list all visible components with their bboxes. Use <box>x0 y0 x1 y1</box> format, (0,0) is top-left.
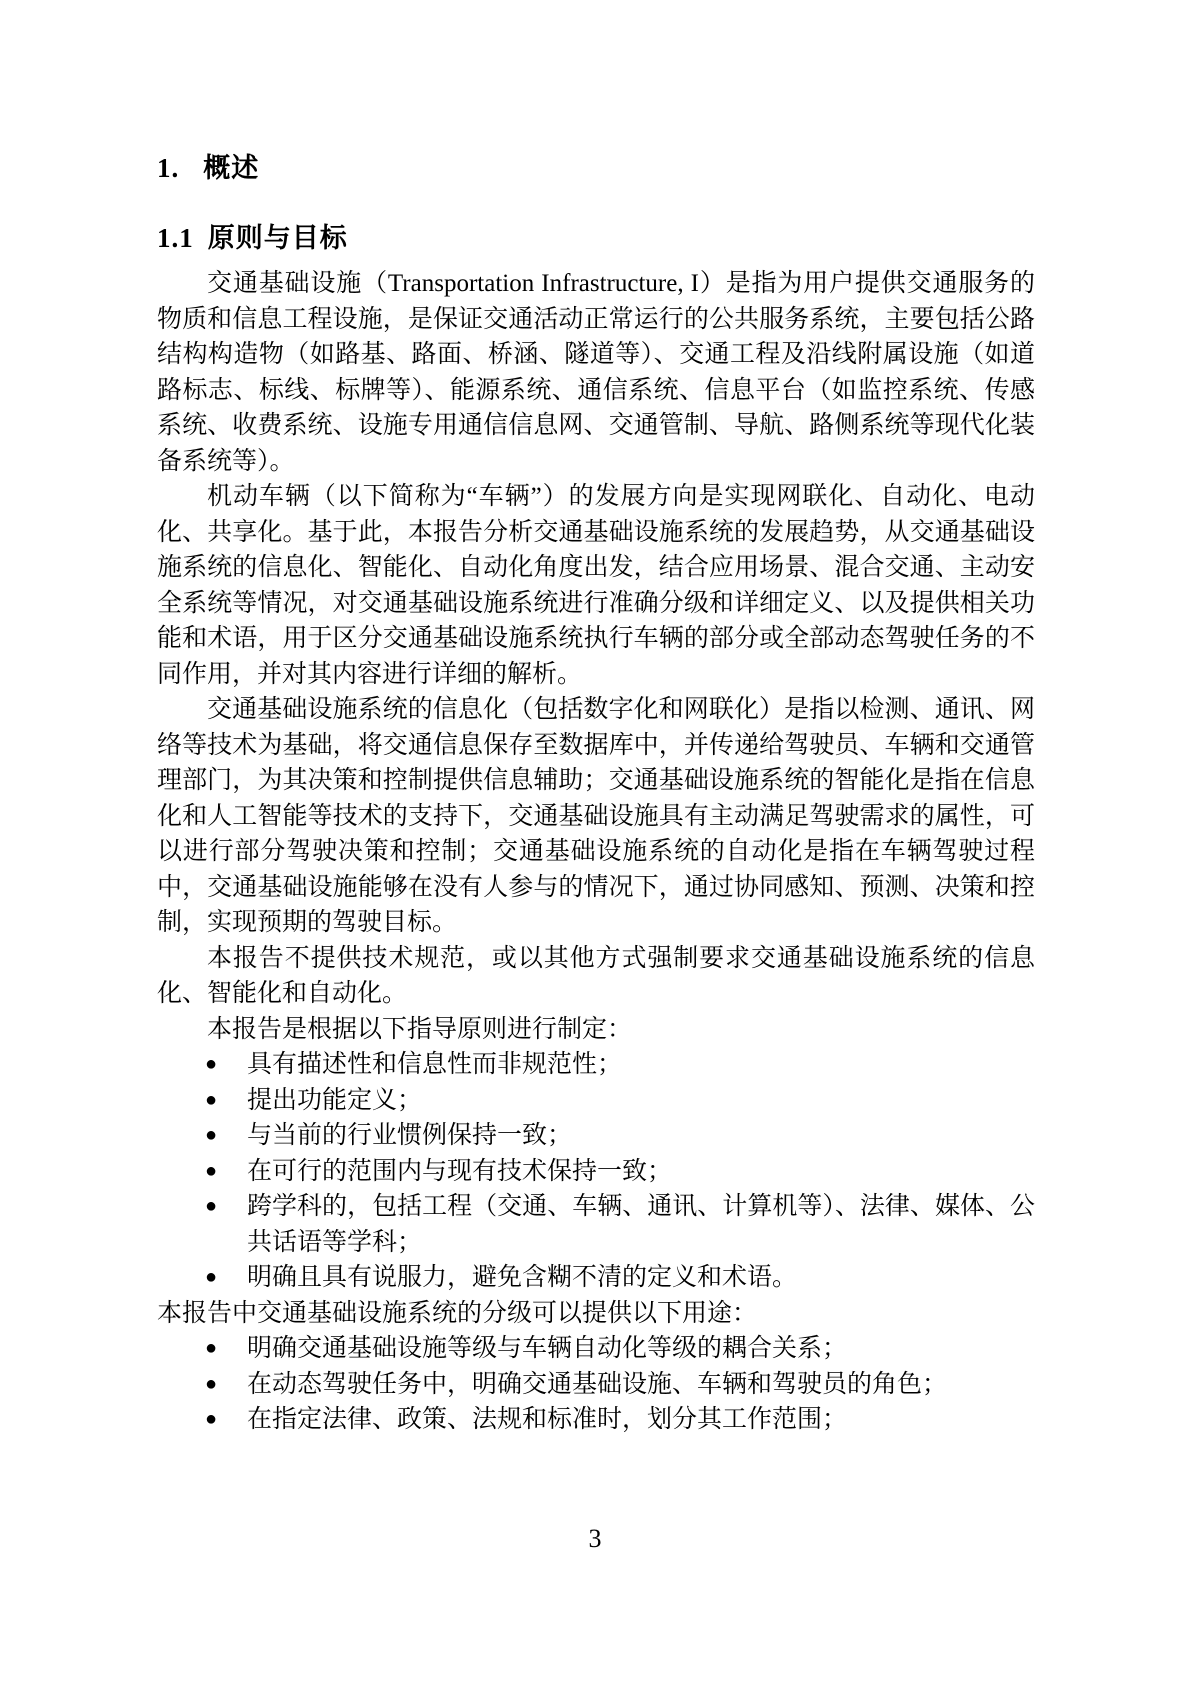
bullet-icon: ● <box>205 1154 217 1190</box>
bullet-icon: ● <box>205 1260 217 1296</box>
list-item: ● 跨学科的，包括工程（交通、车辆、通讯、计算机等）、法律、媒体、公共话语等学科… <box>157 1189 1035 1260</box>
section-title: 概述 <box>203 153 259 183</box>
list-item: ● 在指定法律、政策、法规和标准时，划分其工作范围； <box>157 1402 1035 1438</box>
list-item: ● 提出功能定义； <box>157 1083 1035 1119</box>
bullet-icon: ● <box>205 1367 217 1403</box>
list-item-text: 在指定法律、政策、法规和标准时，划分其工作范围； <box>247 1406 847 1433</box>
list-item-text: 具有描述性和信息性而非规范性； <box>247 1051 622 1078</box>
section-number: 1. <box>157 153 179 183</box>
bullet-icon: ● <box>205 1118 217 1154</box>
uses-intro: 本报告中交通基础设施系统的分级可以提供以下用途： <box>157 1296 1035 1332</box>
paragraph-1: 交通基础设施（Transportation Infrastructure, I）… <box>157 266 1035 479</box>
list-item-text: 跨学科的，包括工程（交通、车辆、通讯、计算机等）、法律、媒体、公共话语等学科； <box>247 1193 1035 1256</box>
section-heading: 1.概述 <box>157 148 1035 188</box>
list-item-text: 明确且具有说服力，避免含糊不清的定义和术语。 <box>247 1264 797 1291</box>
page-number: 3 <box>0 1524 1190 1554</box>
document-page: 1.概述 1.1原则与目标 交通基础设施（Transportation Infr… <box>0 0 1190 1683</box>
list-item-text: 在动态驾驶任务中，明确交通基础设施、车辆和驾驶员的角色； <box>247 1371 947 1398</box>
list-item: ● 具有描述性和信息性而非规范性； <box>157 1047 1035 1083</box>
page-content: 1.概述 1.1原则与目标 交通基础设施（Transportation Infr… <box>157 148 1035 1438</box>
bullet-icon: ● <box>205 1402 217 1438</box>
list-item: ● 在动态驾驶任务中，明确交通基础设施、车辆和驾驶员的角色； <box>157 1367 1035 1403</box>
list-item-text: 与当前的行业惯例保持一致； <box>247 1122 572 1149</box>
list-item: ● 在可行的范围内与现有技术保持一致； <box>157 1154 1035 1190</box>
subsection-title: 原则与目标 <box>208 223 348 253</box>
classification-uses-list: ● 明确交通基础设施等级与车辆自动化等级的耦合关系； ● 在动态驾驶任务中，明确… <box>157 1331 1035 1438</box>
list-item-text: 在可行的范围内与现有技术保持一致； <box>247 1158 672 1185</box>
bullet-icon: ● <box>205 1083 217 1119</box>
paragraph-4: 本报告不提供技术规范，或以其他方式强制要求交通基础设施系统的信息化、智能化和自动… <box>157 941 1035 1012</box>
paragraph-3: 交通基础设施系统的信息化（包括数字化和网联化）是指以检测、通讯、网络等技术为基础… <box>157 692 1035 941</box>
bullet-icon: ● <box>205 1189 217 1225</box>
subsection-number: 1.1 <box>157 223 194 253</box>
list-item-text: 明确交通基础设施等级与车辆自动化等级的耦合关系； <box>247 1335 847 1362</box>
body-text: 交通基础设施（Transportation Infrastructure, I）… <box>157 266 1035 1438</box>
guiding-principles-list: ● 具有描述性和信息性而非规范性； ● 提出功能定义； ● 与当前的行业惯例保持… <box>157 1047 1035 1296</box>
principles-intro: 本报告是根据以下指导原则进行制定： <box>157 1012 1035 1048</box>
list-item-text: 提出功能定义； <box>247 1087 422 1114</box>
list-item: ● 明确交通基础设施等级与车辆自动化等级的耦合关系； <box>157 1331 1035 1367</box>
list-item: ● 明确且具有说服力，避免含糊不清的定义和术语。 <box>157 1260 1035 1296</box>
bullet-icon: ● <box>205 1331 217 1367</box>
bullet-icon: ● <box>205 1047 217 1083</box>
list-item: ● 与当前的行业惯例保持一致； <box>157 1118 1035 1154</box>
paragraph-2: 机动车辆（以下简称为“车辆”）的发展方向是实现网联化、自动化、电动化、共享化。基… <box>157 479 1035 692</box>
subsection-heading: 1.1原则与目标 <box>157 218 1035 258</box>
